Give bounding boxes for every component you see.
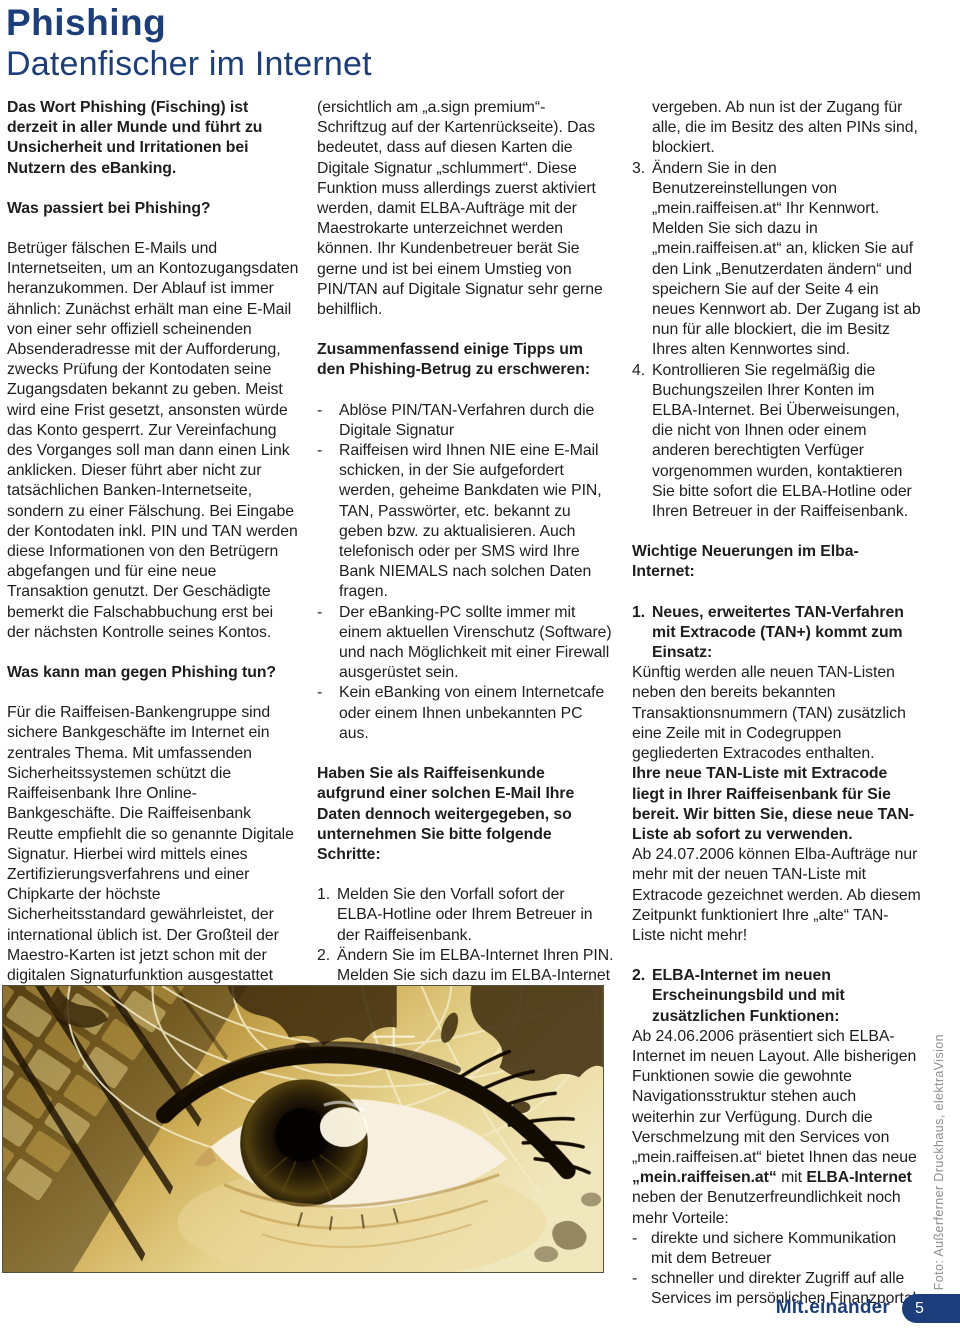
body-paragraph: Für die Raiffeisen-Bankengruppe sind sic… xyxy=(7,703,300,986)
step-number: 1. xyxy=(317,885,337,946)
eye-photo xyxy=(2,985,604,1273)
step-continuation: vergeben. Ab nun ist der Zugang für alle… xyxy=(652,98,921,159)
step-item: 1. Melden Sie den Vorfall sofort der ELB… xyxy=(317,885,614,946)
list-item-text: Ablöse PIN/TAN-Verfahren durch die Digit… xyxy=(339,401,614,441)
text-segment-bold: ELBA-Internet xyxy=(806,1169,912,1186)
dash-marker: - xyxy=(317,603,339,684)
step-text: Melden Sie den Vorfall sofort der ELBA-H… xyxy=(337,885,614,946)
page-subtitle: Datenfischer im Internet xyxy=(6,45,372,83)
column-2: (ersichtlich am „a.sign premium“-Schrift… xyxy=(317,98,614,1067)
news-item-2: 2. ELBA-Internet im neuen Erscheinungsbi… xyxy=(632,966,921,1309)
dash-marker: - xyxy=(632,1269,651,1309)
header: Phishing Datenfischer im Internet xyxy=(6,2,372,83)
text-segment: mit xyxy=(777,1169,807,1186)
tips-list: - Ablöse PIN/TAN-Verfahren durch die Dig… xyxy=(317,401,614,744)
text-segment: neben der Benutzerfreundlichkeit noch me… xyxy=(632,1189,901,1226)
body-paragraph: Künftig werden alle neuen TAN-Listen neb… xyxy=(632,663,921,764)
body-paragraph-mixed: Ab 24.06.2006 präsentiert sich ELBA-Inte… xyxy=(632,1027,921,1229)
list-item: - Ablöse PIN/TAN-Verfahren durch die Dig… xyxy=(317,401,614,441)
photo-credit: Foto: Außerferner Druckhaus, elektraVisi… xyxy=(932,1034,946,1290)
dash-marker: - xyxy=(317,401,339,441)
step-number: 3. xyxy=(632,159,652,361)
list-item: - Raiffeisen wird Ihnen NIE eine E-Mail … xyxy=(317,441,614,603)
dash-marker: - xyxy=(317,683,339,744)
news-title: 1. Neues, erweitertes TAN-Verfahren mit … xyxy=(632,603,921,664)
section-heading-steps: Haben Sie als Raiffeisenkunde aufgrund e… xyxy=(317,764,614,865)
step-text: Ändern Sie in den Benutzereinstellungen … xyxy=(652,159,921,361)
news-title-text: ELBA-Internet im neuen Erscheinungsbild … xyxy=(652,966,921,1027)
body-paragraph: (ersichtlich am „a.sign premium“-Schrift… xyxy=(317,98,614,320)
section-heading-tips: Zusammenfassend einige Tipps um den Phis… xyxy=(317,340,614,380)
news-item-1: 1. Neues, erweitertes TAN-Verfahren mit … xyxy=(632,603,921,946)
section-heading-what: Was passiert bei Phishing? xyxy=(7,199,300,219)
news-title: 2. ELBA-Internet im neuen Erscheinungsbi… xyxy=(632,966,921,1027)
page-title: Phishing xyxy=(6,2,372,45)
step-item: 4. Kontrollieren Sie regelmäßig die Buch… xyxy=(632,361,921,523)
section-heading-news: Wichtige Neuerungen im Elba-Internet: xyxy=(632,542,921,582)
section-heading-against: Was kann man gegen Phishing tun? xyxy=(7,663,300,683)
body-paragraph: Ab 24.07.2006 können Elba-Aufträge nur m… xyxy=(632,845,921,946)
list-item: - Der eBanking-PC sollte immer mit einem… xyxy=(317,603,614,684)
news-number: 2. xyxy=(632,966,652,1027)
step-text: Kontrollieren Sie regelmäßig die Buchung… xyxy=(652,361,921,523)
step-item: 3. Ändern Sie in den Benutzereinstellung… xyxy=(632,159,921,361)
column-3: vergeben. Ab nun ist der Zugang für alle… xyxy=(632,98,921,1330)
news-title-text: Neues, erweitertes TAN-Verfahren mit Ext… xyxy=(652,603,921,664)
dash-marker: - xyxy=(317,441,339,603)
text-segment: Ab 24.06.2006 präsentiert sich ELBA-Inte… xyxy=(632,1028,917,1166)
step-number: 4. xyxy=(632,361,652,523)
news-number: 1. xyxy=(632,603,652,664)
list-item: - direkte und sichere Kommunikation mit … xyxy=(632,1229,921,1269)
column-1: Das Wort Phishing (Fisching) ist derzeit… xyxy=(7,98,300,1006)
list-item-text: direkte und sichere Kommunikation mit de… xyxy=(651,1229,921,1269)
page-number-pill: 5 xyxy=(902,1294,960,1323)
bold-notice: Ihre neue TAN-Liste mit Extracode liegt … xyxy=(632,764,921,845)
list-item-text: Der eBanking-PC sollte immer mit einem a… xyxy=(339,603,614,684)
dash-marker: - xyxy=(632,1229,651,1269)
magazine-page: Phishing Datenfischer im Internet Das Wo… xyxy=(0,0,960,1330)
lead-paragraph: Das Wort Phishing (Fisching) ist derzeit… xyxy=(7,98,300,179)
body-paragraph: Betrüger fälschen E-Mails und Internetse… xyxy=(7,239,300,643)
text-segment-bold: „mein.raiffeisen.at“ xyxy=(632,1169,777,1186)
footer-brand: Mit.einander xyxy=(776,1297,890,1319)
list-item: - Kein eBanking von einem Internetcafe o… xyxy=(317,683,614,744)
list-item-text: Raiffeisen wird Ihnen NIE eine E-Mail sc… xyxy=(339,441,614,603)
page-number: 5 xyxy=(915,1300,924,1318)
eye-world-keyboard-illustration xyxy=(3,986,603,1272)
steps-list-continued: vergeben. Ab nun ist der Zugang für alle… xyxy=(632,98,921,522)
list-item-text: Kein eBanking von einem Internetcafe ode… xyxy=(339,683,614,744)
